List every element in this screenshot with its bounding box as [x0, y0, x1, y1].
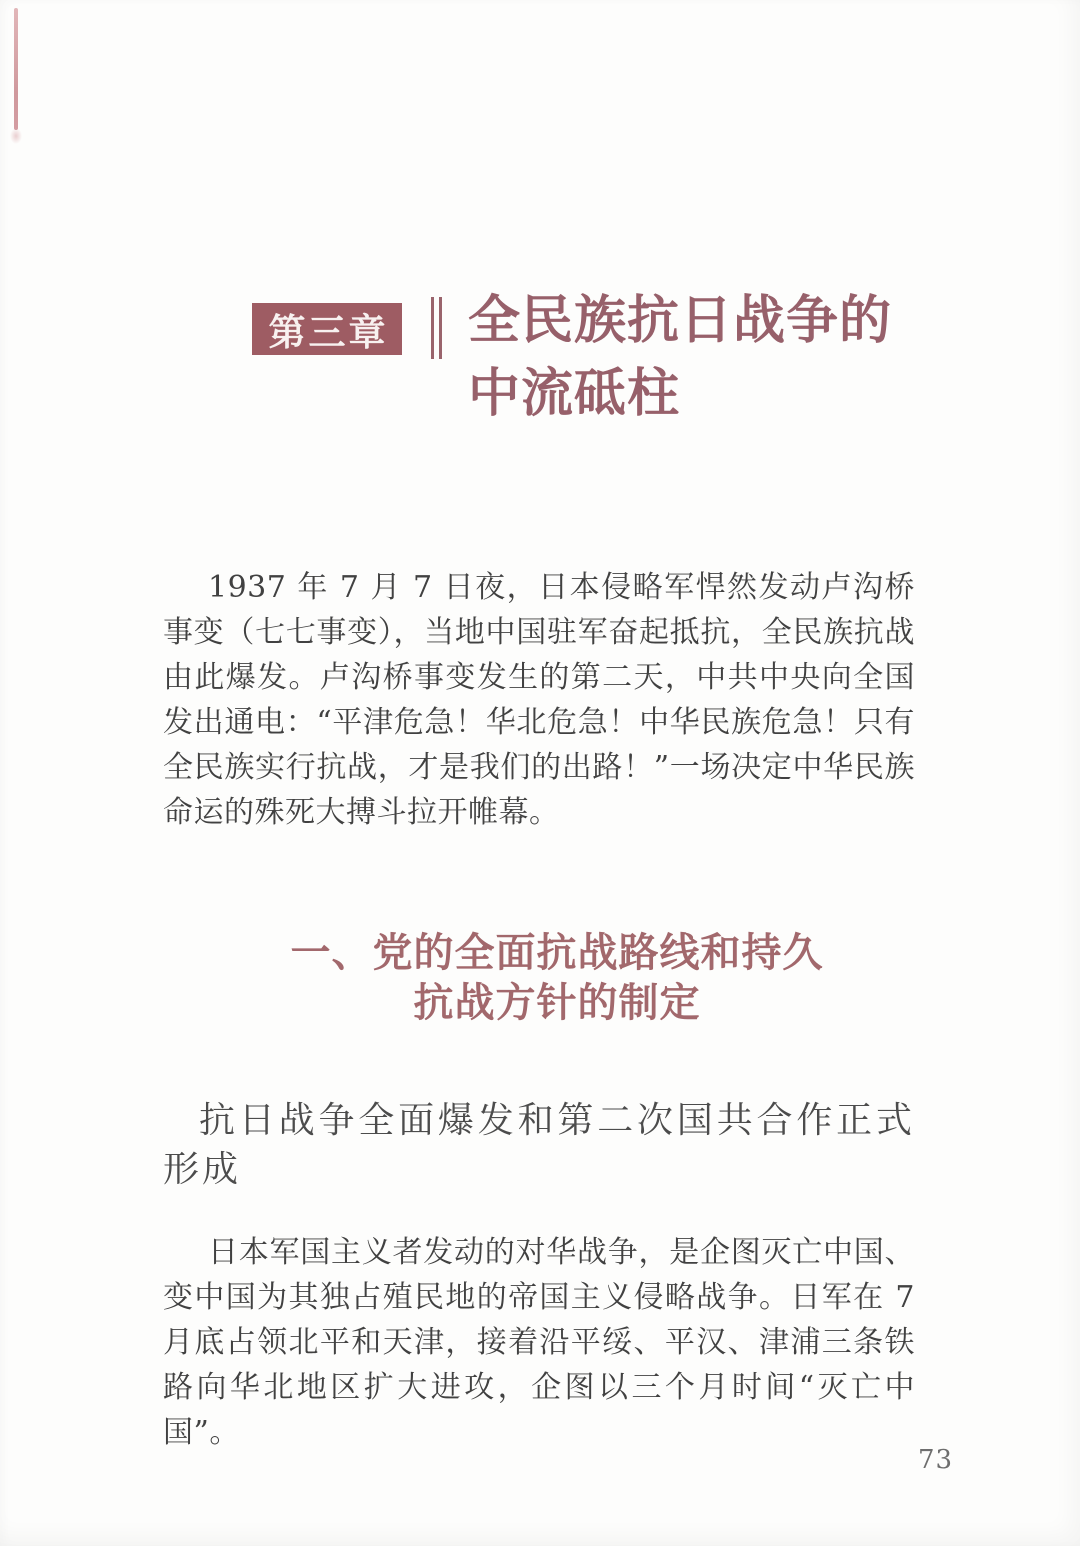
book-page: 第三章 全民族抗日战争的中流砥柱 1937 年 7 月 7 日夜，日本侵略军悍然… [0, 0, 1080, 1546]
subsection-heading: 抗日战争全面爆发和第二次国共合作正式形成 [163, 1096, 915, 1194]
chapter-number-badge: 第三章 [252, 303, 402, 355]
paragraph-body: 日本军国主义者发动的对华战争，是企图灭亡中国、变中国为其独占殖民地的帝国主义侵略… [163, 1230, 915, 1455]
chapter-title: 全民族抗日战争的中流砥柱 [468, 284, 920, 430]
page-number: 73 [918, 1445, 953, 1475]
section-heading-wrapper: 一、党的全面抗战路线和持久抗战方针的制定 [163, 928, 915, 1028]
paragraph-intro: 1937 年 7 月 7 日夜，日本侵略军悍然发动卢沟桥事变（七七事变），当地中… [163, 565, 915, 835]
double-bar-divider-icon [431, 297, 442, 359]
section-heading: 一、党的全面抗战路线和持久抗战方针的制定 [277, 928, 837, 1028]
red-pen-scan-mark [14, 8, 18, 130]
